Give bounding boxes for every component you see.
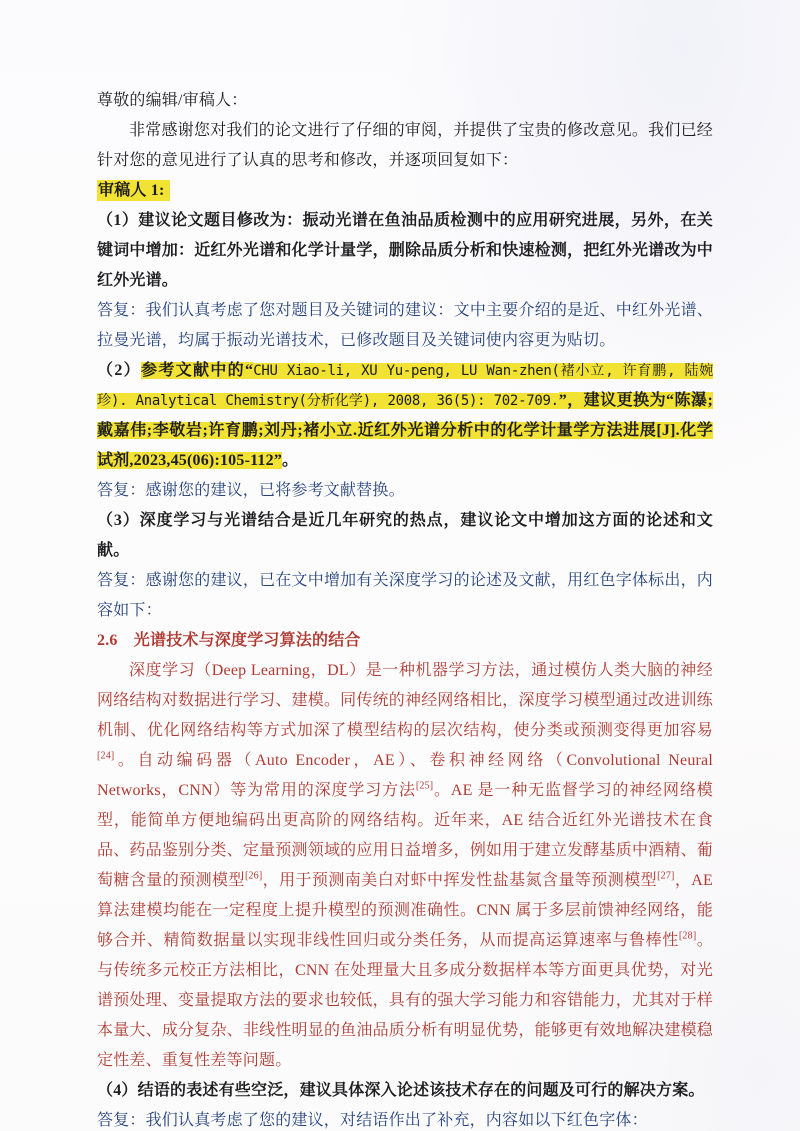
reply-2-text: 答复：感谢您的建议，已将参考文献替换。 — [97, 482, 405, 499]
comment-2-tail: 。 — [282, 452, 298, 469]
citation-marker-28: [28] — [679, 931, 696, 942]
comment-2-number: （2） — [97, 362, 141, 379]
reviewer-1-section-label: 审稿人 1: — [97, 176, 713, 206]
reviewer-1-highlighted-label: 审稿人 1: — [97, 180, 170, 201]
author-reply-2: 答复：感谢您的建议，已将参考文献替换。 — [97, 476, 713, 506]
letter-body: 尊敬的编辑/审稿人： 非常感谢您对我们的论文进行了仔细的审阅，并提供了宝贵的修改… — [97, 86, 713, 1131]
reply-3-text: 答复：感谢您的建议，已在文中增加有关深度学习的论述及文献，用红色字体标出，内容如… — [97, 572, 713, 619]
reply-4-text: 答复：我们认真考虑了您的建议，对结语作出了补充，内容如以下红色字体： — [97, 1112, 648, 1129]
comment-1-text: （1）建议论文题目修改为：振动光谱在鱼油品质检测中的应用研究进展，另外，在关键词… — [97, 212, 713, 289]
scanned-response-letter-page: 尊敬的编辑/审稿人： 非常感谢您对我们的论文进行了仔细的审阅，并提供了宝贵的修改… — [0, 0, 800, 1131]
section-text-4: ，用于预测南美白对虾中挥发性盐基氮含量等预测模型 — [262, 872, 657, 889]
salutation: 尊敬的编辑/审稿人： — [97, 86, 713, 116]
comment-2-lead: 参考文献中的“ — [141, 362, 253, 379]
salutation-text: 尊敬的编辑/审稿人： — [97, 92, 247, 109]
reviewer-comment-3: （3）深度学习与光谱结合是近几年研究的热点，建议论文中增加这方面的论述和文献。 — [97, 506, 713, 566]
citation-marker-24: [24] — [97, 751, 114, 762]
intro-paragraph: 非常感谢您对我们的论文进行了仔细的审阅，并提供了宝贵的修改意见。我们已经针对您的… — [97, 116, 713, 176]
reviewer-comment-2: （2）参考文献中的“CHU Xiao-li, XU Yu-peng, LU Wa… — [97, 356, 713, 476]
section-text-1: 深度学习（Deep Learning，DL）是一种机器学习方法，通过模仿人类大脑… — [97, 662, 713, 739]
reviewer-comment-4: （4）结语的表述有些空泛，建议具体深入论述该技术存在的问题及可行的解决方案。 — [97, 1076, 713, 1106]
citation-marker-25: [25] — [416, 781, 433, 792]
citation-marker-26: [26] — [245, 871, 262, 882]
section-text-6: 。与传统多元校正方法相比，CNN 在处理量大且多成分数据样本等方面更具优势，对光… — [97, 932, 713, 1069]
comment-3-text: （3）深度学习与光谱结合是近几年研究的热点，建议论文中增加这方面的论述和文献。 — [97, 512, 713, 559]
comment-4-text: （4）结语的表述有些空泛，建议具体深入论述该技术存在的问题及可行的解决方案。 — [97, 1082, 705, 1099]
intro-text: 非常感谢您对我们的论文进行了仔细的审阅，并提供了宝贵的修改意见。我们已经针对您的… — [97, 122, 713, 169]
revised-section-body: 深度学习（Deep Learning，DL）是一种机器学习方法，通过模仿人类大脑… — [97, 656, 713, 1076]
reviewer-comment-1: （1）建议论文题目修改为：振动光谱在鱼油品质检测中的应用研究进展，另外，在关键词… — [97, 206, 713, 296]
author-reply-3: 答复：感谢您的建议，已在文中增加有关深度学习的论述及文献，用红色字体标出，内容如… — [97, 566, 713, 626]
section-heading-text: 2.6 光谱技术与深度学习算法的结合 — [97, 632, 361, 649]
revised-section-heading: 2.6 光谱技术与深度学习算法的结合 — [97, 626, 713, 656]
reply-1-text: 答复：我们认真考虑了您对题目及关键词的建议：文中主要介绍的是近、中红外光谱、拉曼… — [97, 302, 713, 349]
citation-marker-27: [27] — [657, 871, 674, 882]
author-reply-1: 答复：我们认真考虑了您对题目及关键词的建议：文中主要介绍的是近、中红外光谱、拉曼… — [97, 296, 713, 356]
author-reply-4: 答复：我们认真考虑了您的建议，对结语作出了补充，内容如以下红色字体： — [97, 1106, 713, 1131]
